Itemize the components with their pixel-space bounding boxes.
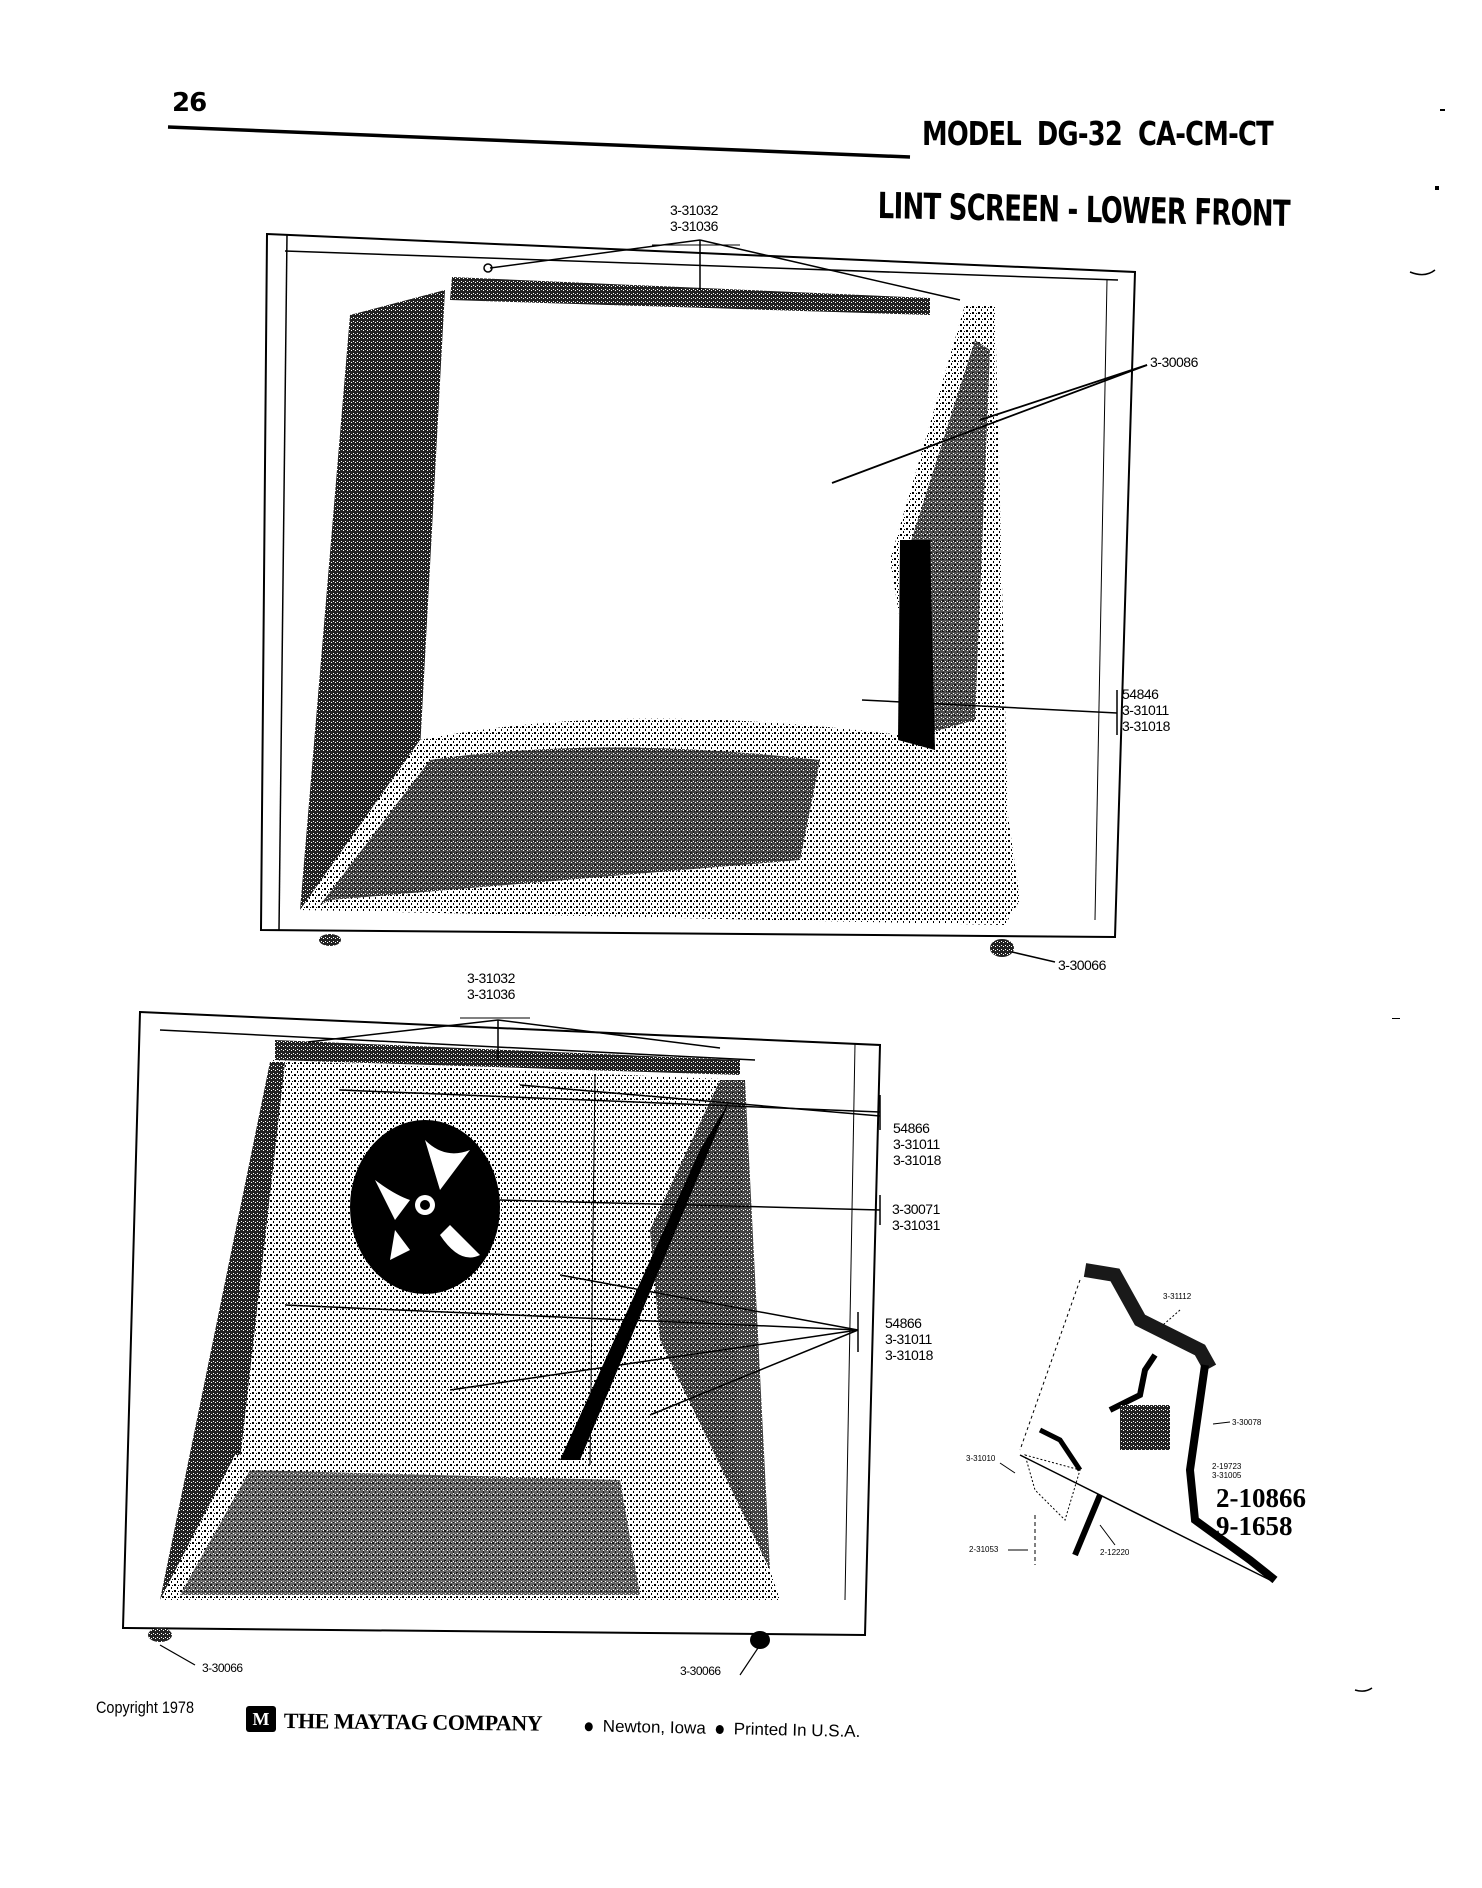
inset-top-label: 3-31112 xyxy=(1163,1292,1191,1301)
inset-left-label: 3-31010 xyxy=(966,1454,995,1463)
bottom-fastener-label: 3-31032 3-31036 xyxy=(467,970,515,1002)
bottom-leveling-leg-left-label: 3-30066 xyxy=(202,1660,243,1676)
reference-number: 9-1658 xyxy=(1216,1512,1306,1540)
part-number: 3-31018 xyxy=(893,1152,941,1168)
part-number: 3-31018 xyxy=(1122,718,1170,734)
part-number: 2-19723 xyxy=(1212,1462,1241,1471)
part-number: 3-31036 xyxy=(467,986,515,1002)
bullet-icon xyxy=(716,1725,724,1734)
printed-text: Printed In U.S.A. xyxy=(734,1719,861,1741)
top-panel-group-label: 54846 3-31011 3-31018 xyxy=(1122,686,1170,734)
company-name: THE MAYTAG COMPANY xyxy=(284,1708,543,1737)
reference-number: 2-10866 xyxy=(1216,1484,1306,1512)
model-title: MODEL DG-32 CA-CM-CT xyxy=(922,114,1273,153)
part-number: 54866 xyxy=(893,1120,941,1136)
inset-bottom-label: 2-12220 xyxy=(1100,1548,1129,1557)
part-number: 3-31011 xyxy=(893,1136,941,1152)
part-number: 3-31018 xyxy=(885,1347,933,1363)
part-number: 3-31036 xyxy=(670,218,718,234)
bottom-fan-group-label: 3-30071 3-31031 xyxy=(892,1201,940,1233)
top-lint-screen-label: 3-30086 xyxy=(1150,354,1198,370)
top-cabinet-drawing xyxy=(261,234,1147,962)
part-number: 54846 xyxy=(1122,686,1170,702)
part-number: 54866 xyxy=(885,1315,933,1331)
inset-right-pair-label: 2-19723 3-31005 xyxy=(1212,1462,1241,1480)
part-number: 3-30071 xyxy=(892,1201,940,1217)
bullet-icon xyxy=(585,1722,593,1731)
top-fastener-label: 3-31032 3-31036 xyxy=(670,202,718,234)
part-number: 3-31031 xyxy=(892,1217,940,1233)
bottom-panel-group-lower-label: 54866 3-31011 3-31018 xyxy=(885,1315,933,1363)
bottom-leveling-leg-right-label: 3-30066 xyxy=(680,1663,721,1679)
part-number: 3-31032 xyxy=(670,202,718,218)
reference-numbers: 2-10866 9-1658 xyxy=(1216,1484,1306,1540)
section-title: LINT SCREEN - LOWER FRONT xyxy=(878,186,1290,235)
city-text: Newton, Iowa xyxy=(603,1717,706,1738)
header-rule xyxy=(168,127,910,157)
top-leveling-leg-label: 3-30066 xyxy=(1058,957,1106,973)
part-number: 3-31005 xyxy=(1212,1471,1241,1480)
inset-right-label: 3-30078 xyxy=(1232,1418,1261,1427)
part-number: 3-31032 xyxy=(467,970,515,986)
part-number: 3-31011 xyxy=(1122,702,1170,718)
copyright-text: Copyright 1978 xyxy=(96,1698,194,1718)
inset-bottom-left-label: 2-31053 xyxy=(969,1545,998,1554)
maytag-logo-icon: M xyxy=(246,1706,276,1732)
page-number: 26 xyxy=(172,88,206,118)
bottom-panel-group-upper-label: 54866 3-31011 3-31018 xyxy=(893,1120,941,1168)
bottom-cabinet-drawing xyxy=(123,1012,880,1675)
parts-drawings xyxy=(0,0,1482,1888)
part-number: 3-31011 xyxy=(885,1331,933,1347)
